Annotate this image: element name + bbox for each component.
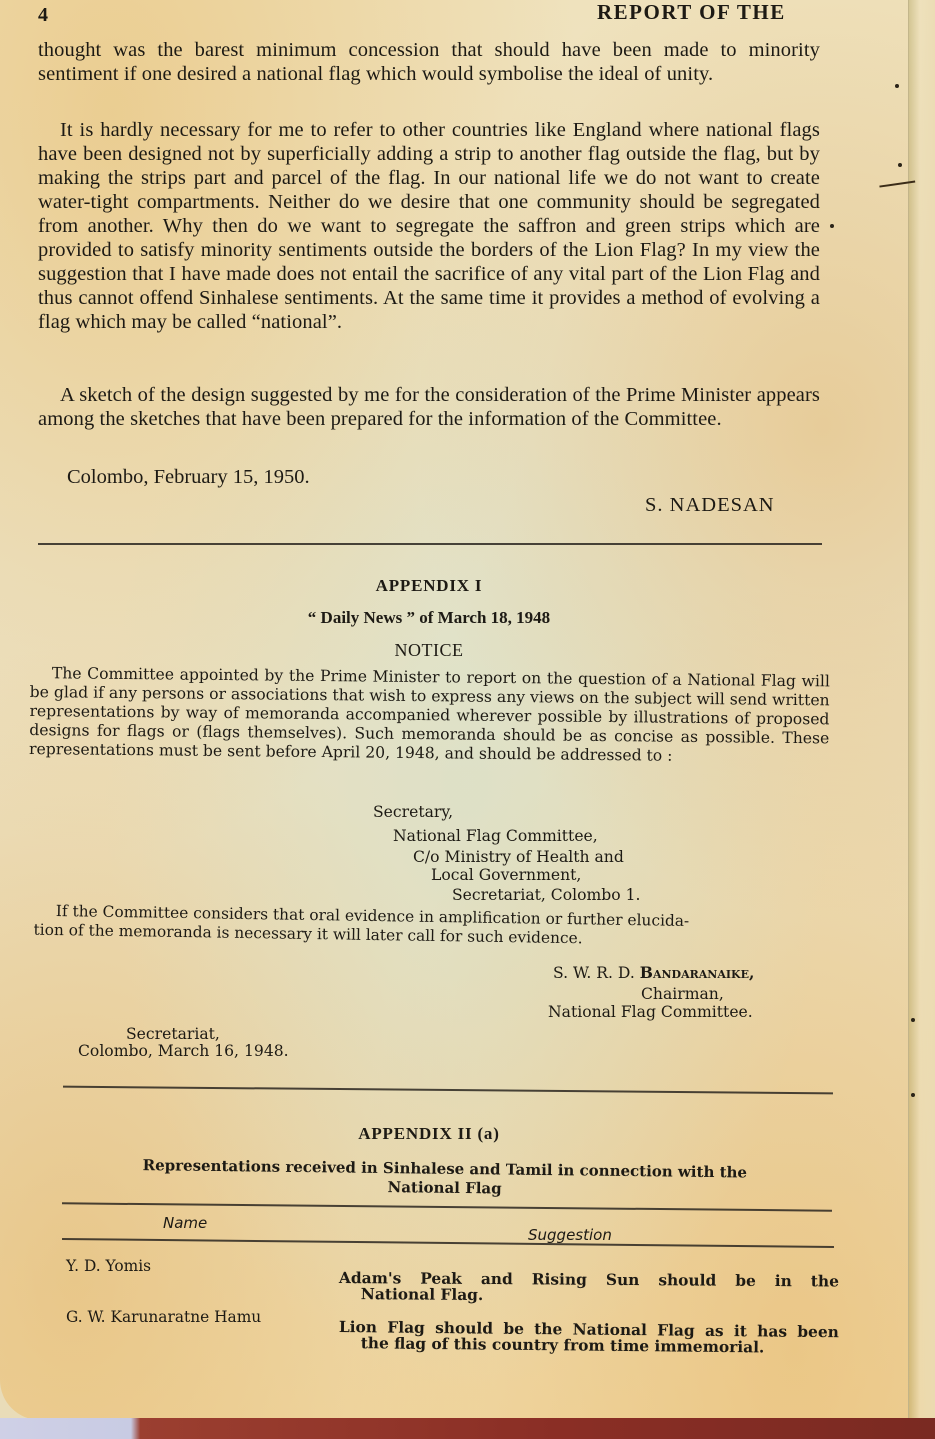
page-edge-shadow (908, 0, 935, 1420)
address-line: National Flag Committee, (393, 827, 598, 845)
section-divider (63, 1086, 833, 1095)
appendix-1-source: “ Daily News ” of March 18, 1948 (38, 608, 820, 628)
paper-speck (895, 84, 899, 88)
running-head: REPORT OF THE (597, 0, 786, 25)
suggestion-line: the flag of this country from time immem… (339, 1335, 839, 1356)
notice-heading: NOTICE (38, 640, 820, 661)
table-header-rule (62, 1238, 834, 1248)
name-surname: Bandaranaike, (640, 963, 755, 982)
cell-suggestion: Adam's Peak and Rising Sun should be in … (339, 1270, 839, 1305)
address-line: C/o Ministry of Health and (413, 848, 624, 866)
letter-paragraph-1: thought was the barest minimum concessio… (38, 38, 820, 86)
oral-evidence-note: If the Committee considers that oral evi… (55, 902, 836, 952)
address-line: Local Government, (431, 866, 581, 884)
chairman-name: S. W. R. D. Bandaranaike, (553, 963, 754, 982)
letter-signatory: S. NADESAN (645, 494, 775, 517)
background-surface (0, 1418, 935, 1439)
letter-place-date: Colombo, February 15, 1950. (67, 466, 310, 489)
appendix-2a-description: Representations received in Sinhalese an… (55, 1155, 835, 1203)
page-number: 4 (38, 4, 48, 27)
issued-date: Colombo, March 16, 1948. (78, 1042, 289, 1060)
address-line: Secretary, (373, 803, 453, 821)
address-line: Secretariat, Colombo 1. (452, 886, 641, 904)
paper-speck (911, 1093, 915, 1097)
cell-suggestion: Lion Flag should be the National Flag as… (339, 1319, 839, 1356)
cell-name: G. W. Karunaratne Hamu (66, 1309, 261, 1325)
paragraph-text: It is hardly necessary for me to refer t… (38, 118, 820, 334)
chairman-committee: National Flag Committee. (548, 1003, 753, 1021)
cell-name: Y. D. Yomis (66, 1258, 151, 1274)
section-divider (38, 543, 822, 545)
paper-speck (830, 224, 834, 228)
column-header-name: Name (163, 1214, 207, 1232)
letter-paragraph-3: A sketch of the design suggested by me f… (38, 383, 820, 431)
paper-speck (898, 163, 902, 167)
paragraph-text: thought was the barest minimum concessio… (38, 38, 820, 86)
paragraph-text: A sketch of the design suggested by me f… (38, 383, 820, 431)
document-page: 4 REPORT OF THE thought was the barest m… (0, 0, 935, 1420)
notice-paragraph: The Committee appointed by the Prime Min… (29, 664, 830, 767)
appendix-1-title: APPENDIX I (38, 576, 820, 596)
name-initials: S. W. R. D. (553, 964, 640, 982)
paper-speck (911, 1018, 915, 1022)
column-header-suggestion: Suggestion (528, 1226, 612, 1244)
notice-body: The Committee appointed by the Prime Min… (29, 664, 830, 767)
letter-paragraph-2: It is hardly necessary for me to refer t… (38, 118, 820, 334)
chairman-role: Chairman, (641, 985, 724, 1003)
table-top-rule (62, 1202, 832, 1211)
issued-place: Secretariat, (126, 1025, 220, 1043)
appendix-2a-title: APPENDIX II (a) (38, 1124, 820, 1144)
